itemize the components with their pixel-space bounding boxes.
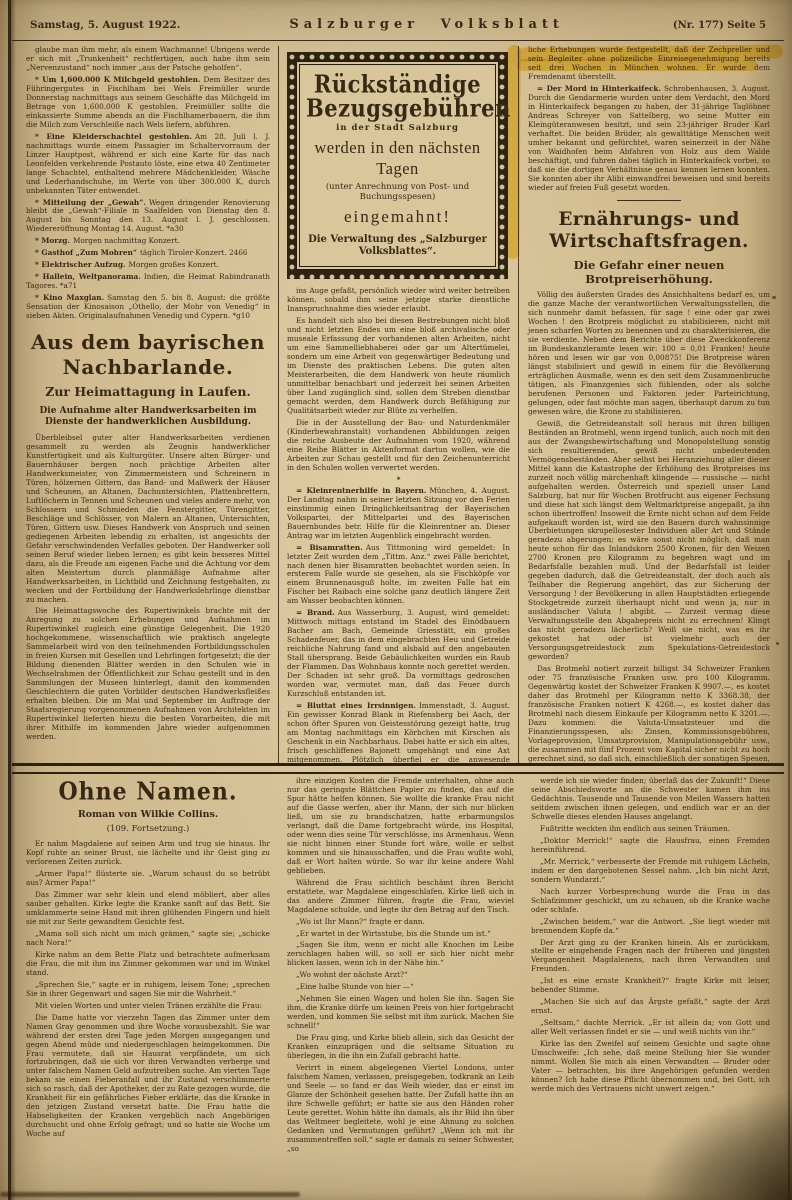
article-paragraph: Das Brotmehl notiert zurzeit billigst 34… [528, 665, 770, 763]
ink-speck [776, 642, 779, 645]
serial-paragraph: „Sprechen Sie,“ sagte er in ruhigem, lei… [26, 981, 270, 999]
news-item-lead: * Morzg. [35, 236, 70, 245]
issue-number-page: (Nr. 177) Seite 5 [673, 20, 766, 31]
news-item-text: Aus Wasserburg, 3. August, wird gemeldet… [287, 608, 510, 698]
serial-installment: (109. Fortsetzung.) [26, 824, 270, 834]
article-paragraph: Völlig des äußersten Grades des Ansichha… [528, 291, 770, 417]
news-item-text: glaube man ihm mehr, als einem Wachmanne… [26, 46, 270, 72]
news-item-text: Morgen nachmittag Konzert. [73, 236, 180, 245]
serial-text: werde ich sie wieder finden; überlaß das… [531, 777, 770, 1094]
news-item-lead: * Kino Maxglan. [35, 293, 104, 302]
serial-paragraph: „Doktor Merrick!“ sagte die Hausfrau, ei… [531, 837, 770, 855]
news-item-lead: * Eine Kleiderschachtel gestohlen. [35, 132, 192, 141]
article-paragraph: Gewiß, die Getreideanstalt soll heraus m… [528, 420, 770, 662]
column-right: liche Erhebungen wurde festgestellt, daß… [518, 46, 770, 763]
serial-paragraph: „Seltsam,“ dachte Merrick. „Er ist allei… [531, 1019, 770, 1037]
news-item: glaube man ihm mehr, als einem Wachmanne… [26, 46, 270, 73]
news-item-lead: = Bisamratten. [296, 543, 363, 552]
news-item-lead: * Elektrischer Aufzug. [35, 260, 125, 269]
news-item-lead: * Mitteilung der „Gewah“. [35, 198, 146, 207]
serial-title: Ohne Namen. [26, 778, 270, 808]
scan-edge-bottom-left [0, 1192, 300, 1197]
serial-paragraph: Das Zimmer war sehr klein und elend möbl… [26, 891, 270, 927]
news-item: * Kino Maxglan.Samstag den 5. bis 8. Aug… [26, 294, 270, 321]
hinterkaifeck-item: = Der Mord in Hinterkaifeck.Schrobenhaus… [528, 85, 770, 193]
serial-paragraph: „Machen Sie sich auf das Ärgste gefaßt,“… [531, 998, 770, 1016]
serial-paragraph: Die Frau ging, und Kirke blieb allein, s… [287, 1034, 514, 1061]
serial-paragraph: werde ich sie wieder finden; überlaß das… [531, 777, 770, 822]
ad-emphasis: eingemahnt! [306, 207, 489, 228]
news-item-lead: * Um 1,600.000 K Milchgeld gestohlen. [35, 75, 200, 84]
scan-edge-left-shadow [11, 0, 16, 1200]
subscription-reminder-ad: Rückständige Bezugsgebühren in der Stadt… [287, 52, 508, 279]
article-headline: Aus dem bayrischen Nachbarlande. [26, 330, 270, 379]
ink-speck [772, 296, 776, 299]
serial-paragraph: „Armer Papa!“ flüsterte sie. „Warum scha… [26, 870, 270, 888]
serial-paragraph: „Mr. Merrick,“ verbesserte der Fremde mi… [531, 858, 770, 885]
article-continuation: ins Auge gefaßt, persönlich wieder wird … [287, 287, 510, 472]
serial-paragraph: „Nehmen Sie einen Wagen und holen Sie ih… [287, 995, 514, 1031]
news-item-lead: * Hallein, Weltpanorama. [35, 272, 141, 281]
news-item: = Kleinrentnerhilfe in Bayern.München, 4… [287, 487, 510, 541]
serial-paragraph: „Sagen Sie ihm, wenn er nicht alle Knoch… [287, 941, 514, 968]
article-paragraph: Die Heimattagswoche des Rupertiwinkels b… [26, 607, 270, 742]
news-item-text: Am 28. Juli l. J. nachmittags wurde eine… [26, 132, 270, 195]
column-middle: Rückständige Bezugsgebühren in der Stadt… [278, 46, 518, 763]
article-paragraph: Überbleibsel guter alter Handwerksarbeit… [26, 434, 270, 604]
serial-author: Roman von Wilkie Collins. [26, 809, 270, 821]
ad-inner-panel: Rückständige Bezugsgebühren in der Stadt… [296, 61, 499, 270]
serial-paragraph: Der Arzt ging zu der Kranken hinein. Als… [531, 939, 770, 975]
serial-column-left: Ohne Namen. Roman von Wilkie Collins. (1… [26, 777, 278, 1188]
serial-paragraph: „Eine halbe Stunde von hier —“ [287, 983, 514, 992]
serial-paragraph: Fußtritte weckten ihn endlich aus seinen… [531, 825, 770, 834]
news-item-lead: = Kleinrentnerhilfe in Bayern. [296, 486, 426, 495]
masthead-title: Salzburger Volksblatt [289, 17, 564, 32]
news-item: * Mitteilung der „Gewah“.Wegen dringende… [26, 199, 270, 235]
serial-paragraph: Kirke nahm an dem Bette Platz und betrac… [26, 951, 270, 978]
serial-paragraph: Mit vielen Worten und unter vielen Träne… [26, 1002, 270, 1011]
news-item: * Gasthof „Zum Mohren“täglich Tiroler-Ko… [26, 249, 270, 258]
serial-column-middle: ihre einzigen Kosten die Fremde unterhal… [278, 777, 522, 1188]
serial-paragraph: Nach kurzer Vorbesprechung wurde die Fra… [531, 888, 770, 915]
serial-paragraph: Kirke las den Zweifel auf seinem Gesicht… [531, 1040, 770, 1094]
news-item-text: München, 4. August. Der Landtag nahm in … [287, 486, 510, 540]
header-rule [12, 40, 784, 41]
economy-section-subtitle: Die Gefahr einer neuen Brotpreiserhöhung… [528, 258, 770, 286]
serial-paragraph: „Wo ist Ihr Mann?“ fragte er dann. [287, 918, 514, 927]
article-paragraph: ins Auge gefaßt, persönlich wieder wird … [287, 287, 510, 314]
zechpreller-continuation: liche Erhebungen wurde festgestellt, daß… [528, 46, 770, 82]
page-header: Samstag, 5. August 1922. Salzburger Volk… [30, 17, 766, 32]
serial-paragraph: „Ist es eine ernste Krankheit?“ fragte K… [531, 977, 770, 995]
serial-paragraph: Er nahm Magdalene auf seinen Arm und tru… [26, 840, 270, 867]
serial-paragraph: Während die Frau sichtlich beschämt ihre… [287, 879, 514, 915]
ad-note: (unter Anrechnung von Post- und Buchungs… [306, 182, 489, 203]
ad-line: werden in den nächsten Tagen [306, 138, 489, 179]
serial-paragraph: Die Dame hatte vor vierzehn Tagen das Zi… [26, 1014, 270, 1140]
ad-subtitle: in der Stadt Salzburg [306, 123, 489, 133]
serial-paragraph: „Zwischen beidem,“ war die Antwort. „Sie… [531, 918, 770, 936]
serial-paragraph: ihre einzigen Kosten die Fremde unterhal… [287, 777, 514, 876]
serial-text: ihre einzigen Kosten die Fremde unterhal… [287, 777, 514, 1154]
star-divider: * [287, 476, 510, 485]
economy-section-title: Ernährungs- und Wirtschaftsfragen. [528, 209, 770, 255]
feuilleton-divider-rule [12, 763, 784, 774]
news-item-text: Aus Tittmoning wird gemeldet: In letzter… [287, 543, 510, 606]
section-short-rule [617, 200, 681, 201]
news-item: = Bluttat eines Irrsinnigen.Immenstadt, … [287, 702, 510, 763]
news-item: * Um 1,600.000 K Milchgeld gestohlen.Dem… [26, 76, 270, 130]
news-item: = Bisamratten.Aus Tittmoning wird gemeld… [287, 544, 510, 607]
news-item-lead: = Brand. [296, 608, 335, 617]
article-subsubheadline: Die Aufnahme alter Handwerksarbeiten im … [26, 406, 270, 429]
article-subheadline: Zur Heimattagung in Laufen. [26, 384, 270, 399]
issue-date: Samstag, 5. August 1922. [30, 19, 180, 31]
news-item: = Brand.Aus Wasserburg, 3. August, wird … [287, 609, 510, 699]
newspaper-page: Samstag, 5. August 1922. Salzburger Volk… [0, 0, 792, 1200]
article-paragraph: Es handelt sich also bei diesen Bestrebu… [287, 317, 510, 416]
economy-article-body: Völlig des äußersten Grades des Ansichha… [528, 291, 770, 763]
serial-paragraph: Verirrt in einem abgelegenen Viertel Lon… [287, 1064, 514, 1154]
news-item-lead: * Gasthof „Zum Mohren“ [35, 248, 137, 257]
serial-paragraph: „Er wartet in der Wirtsstube, bis die St… [287, 930, 514, 939]
news-item-text: Dem Besitzer des Führingergutes in Fisch… [26, 75, 270, 129]
main-section: glaube man ihm mehr, als einem Wachmanne… [26, 46, 770, 763]
news-item: = Der Mord in Hinterkaifeck.Schrobenhaus… [528, 85, 770, 193]
news-item: * Eine Kleiderschachtel gestohlen.Am 28.… [26, 133, 270, 196]
news-item-lead: = Der Mord in Hinterkaifeck. [537, 84, 661, 93]
serial-paragraph: „Wo wohnt der nächste Arzt?“ [287, 971, 514, 980]
local-news-items: glaube man ihm mehr, als einem Wachmanne… [26, 46, 270, 321]
serial-paragraph: „Mama soll sich nicht um mich grämen,“ s… [26, 930, 270, 948]
news-item-lead: = Bluttat eines Irrsinnigen. [296, 701, 416, 710]
column-left: glaube man ihm mehr, als einem Wachmanne… [26, 46, 278, 763]
bavaria-news-items: = Kleinrentnerhilfe in Bayern.München, 4… [287, 487, 510, 763]
ad-signature: Die Verwaltung des „Salzburger Volksblat… [306, 234, 489, 259]
news-item-text: täglich Tiroler-Konzert. 2466 [140, 248, 248, 257]
serial-text: Er nahm Magdalene auf seinen Arm und tru… [26, 840, 270, 1139]
article-body: Überbleibsel guter alter Handwerksarbeit… [26, 434, 270, 742]
news-item: * Morzg.Morgen nachmittag Konzert. [26, 237, 270, 246]
news-item-text: Morgen großes Konzert. [128, 260, 218, 269]
feuilleton-section: Ohne Namen. Roman von Wilkie Collins. (1… [26, 777, 770, 1188]
news-item-text: Schrobenhausen, 3. August. Durch die Gen… [528, 84, 770, 192]
article-paragraph: Die in der Ausstellung der Bau- und Natu… [287, 419, 510, 473]
news-item: * Hallein, Weltpanorama.Indien, die Heim… [26, 273, 270, 291]
news-item: * Elektrischer Aufzug.Morgen großes Konz… [26, 261, 270, 270]
ad-title: Rückständige Bezugsgebühren [306, 72, 489, 120]
serial-column-right: werde ich sie wieder finden; überlaß das… [522, 777, 770, 1188]
news-item-text: Immenstadt, 3. August. Ein gewisser Konr… [287, 701, 510, 763]
